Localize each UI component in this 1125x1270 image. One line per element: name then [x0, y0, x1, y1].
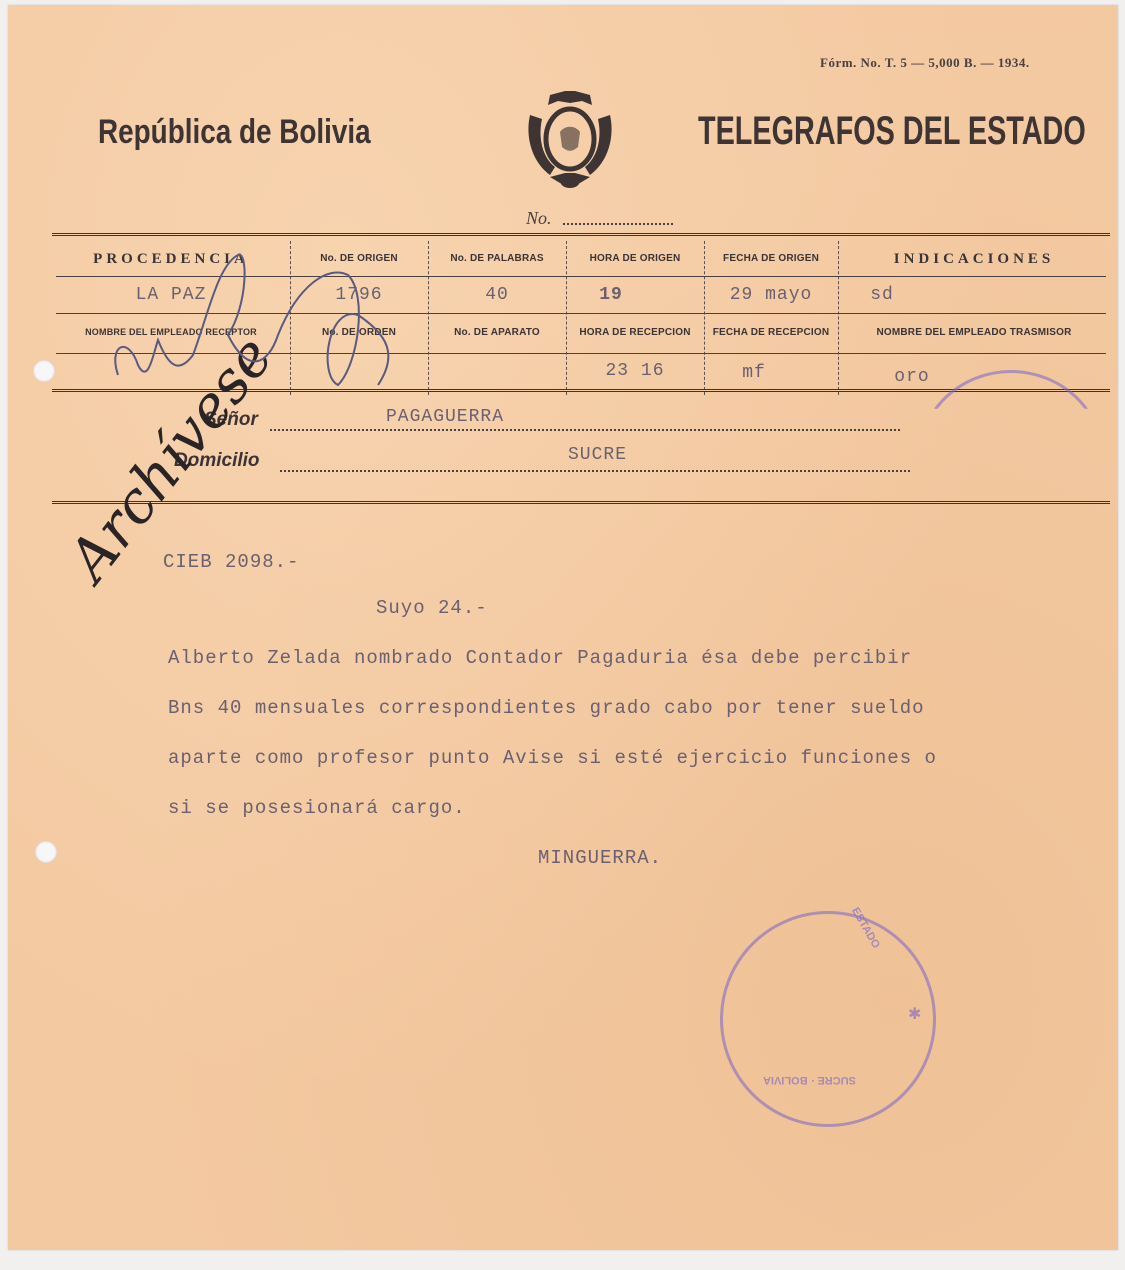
message-suyo: Suyo 24.- [376, 597, 488, 619]
header-no-aparato: No. DE APARATO [428, 327, 566, 338]
message-line: aparte como profesor punto Avise si esté… [168, 747, 937, 769]
number-line [563, 223, 673, 225]
header-fecha-recepcion: FECHA DE RECEPCION [704, 327, 838, 338]
domicilio-value: SUCRE [568, 445, 627, 465]
header-no-palabras: No. DE PALABRAS [428, 253, 566, 264]
value-fecha-origen: 29 mayo [704, 285, 838, 305]
message-line: si se posesionará cargo. [168, 797, 466, 819]
telegraph-stamp: ESTADO ✱ SUCRE · BOLIVIA [720, 911, 936, 1127]
table-top-rule [52, 233, 1110, 236]
header-fecha-origen: FECHA DE ORIGEN [704, 253, 838, 264]
stamp-text-top: ESTADO [849, 906, 882, 951]
value-no-palabras: 40 [428, 285, 566, 305]
number-label: No. [526, 208, 552, 229]
header-indicaciones: INDICACIONES [838, 251, 1110, 268]
stamp-text-bottom: SUCRE · BOLIVIA [763, 1074, 856, 1086]
address-bottom-rule [52, 501, 1110, 504]
telegraph-title: TELEGRAFOS DEL ESTADO [698, 109, 1086, 154]
header-hora-recepcion: HORA DE RECEPCION [566, 327, 704, 338]
header-hora-origen: HORA DE ORIGEN [566, 253, 704, 264]
bolivia-coat-of-arms-icon [520, 87, 620, 192]
punch-hole [35, 841, 57, 863]
value-hora-origen: 19 [566, 285, 656, 305]
stamp-star-icon: ✱ [908, 1004, 921, 1024]
value-empleado-trasmisor: oro [852, 367, 972, 387]
message-reference: CIEB 2098.- [163, 551, 299, 573]
telegram-form: Fórm. No. T. 5 — 5,000 B. — 1934. Repúbl… [8, 5, 1118, 1250]
republic-title: República de Bolivia [98, 113, 371, 152]
value-fecha-recepcion: mf [704, 363, 804, 383]
senor-value: PAGAGUERRA [386, 407, 504, 427]
value-hora-recepcion: 23 16 [566, 361, 704, 381]
handwritten-signature-icon [98, 245, 418, 395]
punch-hole [33, 360, 55, 382]
message-signature: MINGUERRA. [538, 847, 662, 869]
form-number: Fórm. No. T. 5 — 5,000 B. — 1934. [820, 55, 1030, 71]
header-empleado-trasmisor: NOMBRE DEL EMPLEADO TRASMISOR [838, 327, 1110, 338]
partial-stamp [918, 370, 1104, 546]
value-indicaciones: sd [852, 285, 912, 305]
message-line: Bns 40 mensuales correspondientes grado … [168, 697, 925, 719]
message-line: Alberto Zelada nombrado Contador Pagadur… [168, 647, 912, 669]
